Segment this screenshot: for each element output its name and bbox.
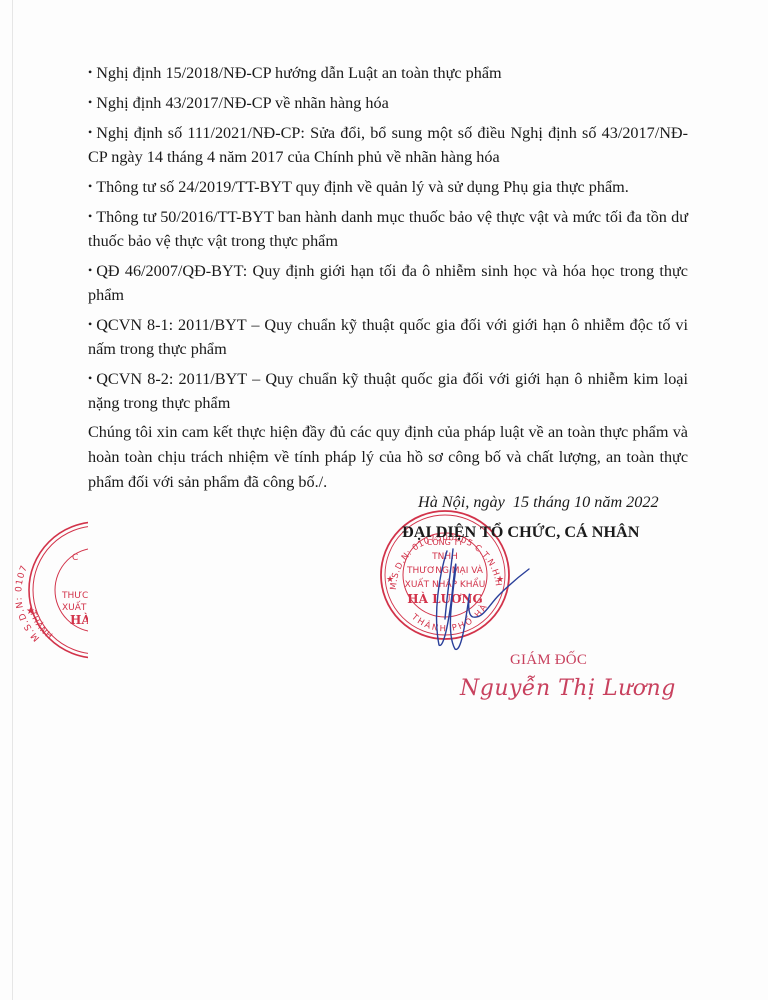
regulation-list: •Nghị định 15/2018/NĐ-CP hướng dẫn Luật … xyxy=(88,60,688,415)
regulation-text: QĐ 46/2007/QĐ-BYT: Quy định giới hạn tối… xyxy=(88,262,688,304)
partial-stamp-icon: M.S.D.N: 0107 ★ C THƯC XUẤT HÀ THÀNH xyxy=(0,520,95,660)
regulation-text: Nghị định 15/2018/NĐ-CP hướng dẫn Luật a… xyxy=(96,64,501,82)
regulation-item: •Nghị định 43/2017/NĐ-CP về nhãn hàng hó… xyxy=(88,90,688,115)
commitment-paragraph: Chúng tôi xin cam kết thực hiện đầy đủ c… xyxy=(88,420,688,495)
svg-text:C: C xyxy=(72,553,78,563)
regulation-item: •QCVN 8-1: 2011/BYT – Quy chuẩn kỹ thuật… xyxy=(88,312,688,361)
regulation-item: •QCVN 8-2: 2011/BYT – Quy chuẩn kỹ thuật… xyxy=(88,366,688,415)
document-page: •Nghị định 15/2018/NĐ-CP hướng dẫn Luật … xyxy=(0,0,768,1000)
regulation-text: QCVN 8-1: 2011/BYT – Quy chuẩn kỹ thuật … xyxy=(88,316,688,358)
regulation-item: •QĐ 46/2007/QĐ-BYT: Quy định giới hạn tố… xyxy=(88,258,688,307)
regulation-item: •Nghị định số 111/2021/NĐ-CP: Sửa đổi, b… xyxy=(88,120,688,169)
regulation-text: Thông tư 50/2016/TT-BYT ban hành danh mụ… xyxy=(88,208,688,250)
director-name: Nguyễn Thị Lương xyxy=(460,676,676,701)
svg-text:HÀ: HÀ xyxy=(70,612,91,627)
bullet-icon: • xyxy=(88,366,92,390)
regulation-item: •Thông tư số 24/2019/TT-BYT quy định về … xyxy=(88,174,688,199)
regulation-text: Nghị định 43/2017/NĐ-CP về nhãn hàng hóa xyxy=(96,94,389,112)
document-body: •Nghị định 15/2018/NĐ-CP hướng dẫn Luật … xyxy=(88,60,688,499)
svg-text:XUẤT: XUẤT xyxy=(62,601,87,613)
director-title: GIÁM ĐỐC xyxy=(510,652,587,669)
bullet-icon: • xyxy=(88,174,92,198)
bullet-icon: • xyxy=(88,90,92,114)
bullet-icon: • xyxy=(88,312,92,336)
regulation-text: Thông tư số 24/2019/TT-BYT quy định về q… xyxy=(96,178,629,196)
bullet-icon: • xyxy=(88,204,92,228)
regulation-item: •Thông tư 50/2016/TT-BYT ban hành danh m… xyxy=(88,204,688,253)
regulation-text: QCVN 8-2: 2011/BYT – Quy chuẩn kỹ thuật … xyxy=(88,370,688,412)
representative-heading: ĐẠI DIỆN TỔ CHỨC, CÁ NHÂN xyxy=(402,523,639,542)
regulation-text: Nghị định số 111/2021/NĐ-CP: Sửa đổi, bổ… xyxy=(88,124,688,166)
svg-text:★: ★ xyxy=(386,575,394,585)
page-edge-line xyxy=(12,0,13,1000)
handwritten-signature-icon xyxy=(425,545,535,655)
regulation-item: •Nghị định 15/2018/NĐ-CP hướng dẫn Luật … xyxy=(88,60,688,85)
bullet-icon: • xyxy=(88,60,92,84)
bullet-icon: • xyxy=(88,258,92,282)
bullet-icon: • xyxy=(88,120,92,144)
svg-text:THƯC: THƯC xyxy=(61,591,88,601)
